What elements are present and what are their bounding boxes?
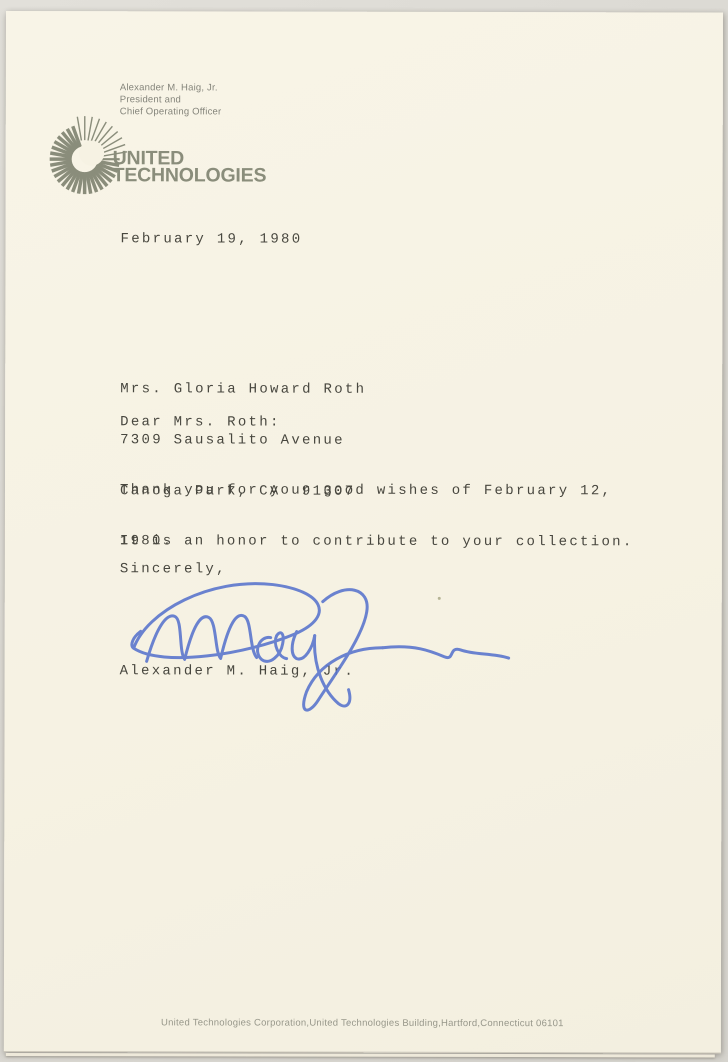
- salutation: Dear Mrs. Roth:: [120, 414, 281, 431]
- recipient-name: Mrs. Gloria Howard Roth: [120, 381, 366, 399]
- recipient-street: 7309 Sausalito Avenue: [120, 432, 366, 450]
- body-line: It is an honor to contribute to your col…: [120, 533, 634, 551]
- body-line: Thank you for your good wishes of Februa…: [120, 482, 612, 500]
- handwritten-signature: [94, 571, 514, 752]
- ink-speck: [438, 597, 441, 600]
- letter-page: Alexander M. Haig, Jr. President and Chi…: [4, 11, 723, 1053]
- company-name-line2: TECHNOLOGIES: [113, 167, 267, 184]
- officer-name: Alexander M. Haig, Jr.: [120, 82, 222, 94]
- footer-address: United Technologies Corporation,United T…: [4, 1017, 721, 1030]
- letter-date: February 19, 1980: [121, 231, 303, 248]
- officer-title-line1: President and: [120, 94, 222, 106]
- officer-title-line2: Chief Operating Officer: [120, 106, 222, 118]
- officer-block: Alexander M. Haig, Jr. President and Chi…: [120, 82, 222, 118]
- company-wordmark: UNITED TECHNOLOGIES: [113, 150, 267, 183]
